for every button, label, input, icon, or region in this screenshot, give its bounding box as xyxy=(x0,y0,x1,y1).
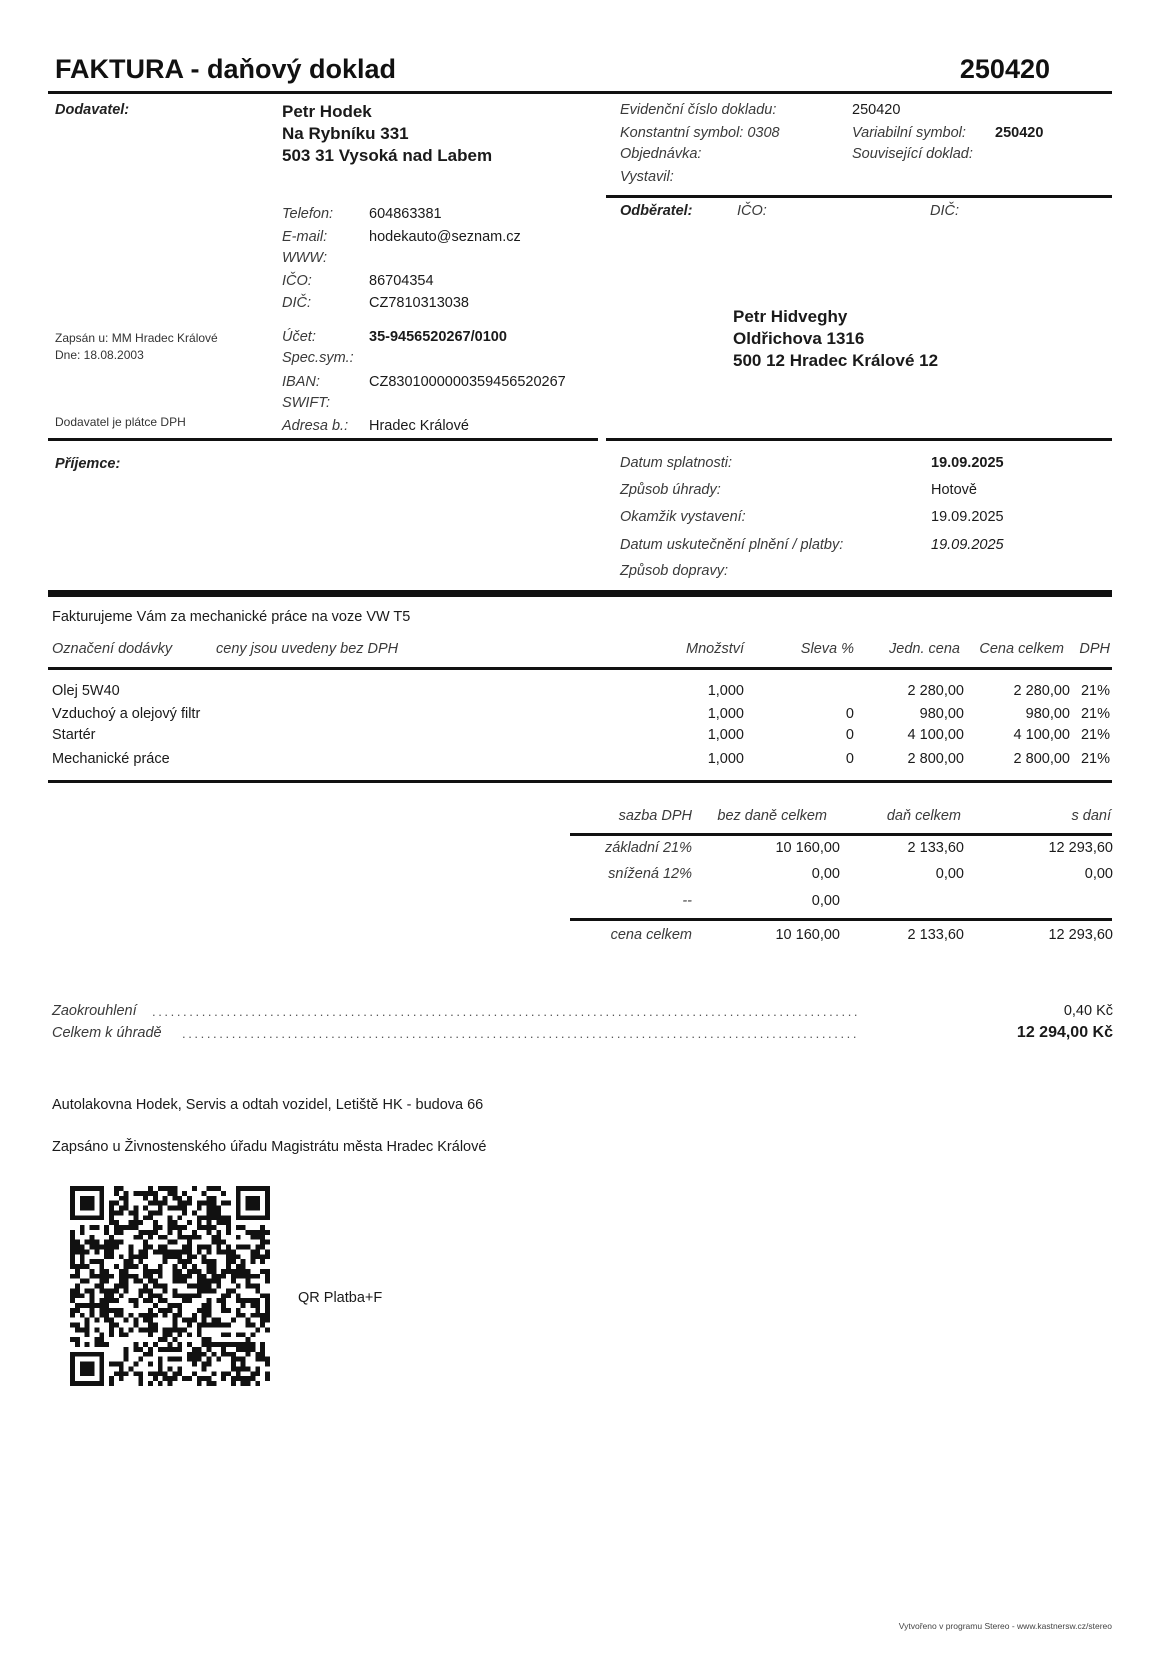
contact-label: Spec.sym.: xyxy=(282,350,354,366)
contact-label: E-mail: xyxy=(282,229,327,245)
item-unit-price: 2 280,00 xyxy=(908,683,964,699)
contact-value: hodekauto@seznam.cz xyxy=(369,229,521,245)
item-discount: 0 xyxy=(846,751,854,767)
evidence-value: 250420 xyxy=(852,102,900,118)
item-name: Vzduchoý a olejový filtr xyxy=(52,706,200,722)
company-note: Autolakovna Hodek, Servis a odtah vozide… xyxy=(52,1097,483,1113)
contact-value: Hradec Králové xyxy=(369,418,469,434)
supplier-registered-at: Zapsán u: MM Hradec Králové xyxy=(55,331,218,345)
vat-tax: 0,00 xyxy=(936,866,964,882)
items-header-divider xyxy=(48,667,1112,670)
recipient-label: Příjemce: xyxy=(55,456,120,472)
date-value: Hotově xyxy=(931,482,977,498)
evidence-label: Evidenční číslo dokladu: xyxy=(620,102,776,118)
item-unit-price: 2 800,00 xyxy=(908,751,964,767)
vat-total-divider xyxy=(570,918,1112,921)
col-header-total: Cena celkem xyxy=(979,641,1064,657)
total-due-dots: ........................................… xyxy=(182,1026,860,1041)
customer-ico-label: IČO: xyxy=(737,203,767,219)
item-vat: 21% xyxy=(1081,683,1110,699)
total-due-value: 12 294,00 Kč xyxy=(1017,1024,1113,1042)
date-label: Způsob úhrady: xyxy=(620,482,721,498)
supplier-street: Na Rybníku 331 xyxy=(282,124,409,144)
date-label: Okamžik vystavení: xyxy=(620,509,746,525)
recipient-divider-right xyxy=(606,438,1112,441)
item-vat: 21% xyxy=(1081,727,1110,743)
vat-gross: 0,00 xyxy=(1085,866,1113,882)
col-header-discount: Sleva % xyxy=(801,641,854,657)
date-label: Způsob dopravy: xyxy=(620,563,728,579)
invoice-number: 250420 xyxy=(960,54,1050,85)
vat-header-gross: s daní xyxy=(1072,808,1112,824)
customer-divider xyxy=(606,195,1112,198)
date-value: 19.09.2025 xyxy=(931,509,1004,525)
vat-total-base: 10 160,00 xyxy=(775,927,840,943)
rounding-value: 0,40 Kč xyxy=(1064,1003,1113,1019)
item-total: 4 100,00 xyxy=(1014,727,1070,743)
vat-header-tax: daň celkem xyxy=(887,808,961,824)
header-divider xyxy=(48,91,1112,94)
item-total: 2 280,00 xyxy=(1014,683,1070,699)
software-credit: Vytvořeno v programu Stereo - www.kastne… xyxy=(899,1621,1112,1631)
item-name: Startér xyxy=(52,727,96,743)
vat-base: 10 160,00 xyxy=(775,840,840,856)
order-label: Objednávka: xyxy=(620,146,701,162)
contact-value: CZ8301000000359456520267 xyxy=(369,374,566,390)
contact-label: Telefon: xyxy=(282,206,333,222)
contact-value: CZ7810313038 xyxy=(369,295,469,311)
contact-label: WWW: xyxy=(282,250,327,266)
supplier-city: 503 31 Vysoká nad Labem xyxy=(282,146,492,166)
contact-label: Účet: xyxy=(282,329,316,345)
vat-header-divider xyxy=(570,833,1112,836)
rounding-dots: ........................................… xyxy=(152,1004,860,1019)
item-qty: 1,000 xyxy=(708,706,744,722)
contact-label: IČO: xyxy=(282,273,312,289)
qr-label: QR Platba+F xyxy=(298,1290,382,1306)
col-header-unit-price: Jedn. cena xyxy=(889,641,960,657)
col-header-name: Označení dodávky xyxy=(52,641,172,657)
item-unit-price: 4 100,00 xyxy=(908,727,964,743)
items-top-divider xyxy=(48,590,1112,597)
item-discount: 0 xyxy=(846,706,854,722)
item-total: 2 800,00 xyxy=(1014,751,1070,767)
item-qty: 1,000 xyxy=(708,683,744,699)
contact-value: 35-9456520267/0100 xyxy=(369,329,507,345)
rounding-label: Zaokrouhlení xyxy=(52,1003,137,1019)
variable-symbol-value: 250420 xyxy=(995,125,1043,141)
item-name: Mechanické práce xyxy=(52,751,170,767)
date-label: Datum splatnosti: xyxy=(620,455,732,471)
document-title: FAKTURA - daňový doklad xyxy=(55,54,396,85)
date-label: Datum uskutečnění plnění / platby: xyxy=(620,537,843,553)
contact-label: IBAN: xyxy=(282,374,320,390)
date-value: 19.09.2025 xyxy=(931,455,1004,471)
variable-symbol-label: Variabilní symbol: xyxy=(852,125,966,141)
item-qty: 1,000 xyxy=(708,727,744,743)
customer-name: Petr Hidveghy xyxy=(733,307,847,327)
customer-label: Odběratel: xyxy=(620,203,693,219)
col-header-note: ceny jsou uvedeny bez DPH xyxy=(216,641,398,657)
col-header-qty: Množství xyxy=(686,641,744,657)
item-vat: 21% xyxy=(1081,706,1110,722)
qr-code xyxy=(70,1186,270,1386)
supplier-label: Dodavatel: xyxy=(55,102,129,118)
customer-dic-label: DIČ: xyxy=(930,203,959,219)
item-discount: 0 xyxy=(846,727,854,743)
vat-base: 0,00 xyxy=(812,866,840,882)
vat-total-rate: cena celkem xyxy=(611,927,692,943)
contact-value: 86704354 xyxy=(369,273,434,289)
vat-base: 0,00 xyxy=(812,893,840,909)
customer-street: Oldřichova 1316 xyxy=(733,329,864,349)
contact-label: Adresa b.: xyxy=(282,418,348,434)
item-qty: 1,000 xyxy=(708,751,744,767)
vat-total-gross: 12 293,60 xyxy=(1048,927,1113,943)
contact-label: SWIFT: xyxy=(282,395,330,411)
supplier-vat-payer: Dodavatel je plátce DPH xyxy=(55,415,186,429)
contact-value: 604863381 xyxy=(369,206,442,222)
item-name: Olej 5W40 xyxy=(52,683,120,699)
items-bottom-divider xyxy=(48,780,1112,783)
vat-total-tax: 2 133,60 xyxy=(908,927,964,943)
vat-tax: 2 133,60 xyxy=(908,840,964,856)
item-total: 980,00 xyxy=(1026,706,1070,722)
customer-city: 500 12 Hradec Králové 12 xyxy=(733,351,938,371)
issued-by-label: Vystavil: xyxy=(620,169,674,185)
item-unit-price: 980,00 xyxy=(920,706,964,722)
item-vat: 21% xyxy=(1081,751,1110,767)
registry-note: Zapsáno u Živnostenského úřadu Magistrát… xyxy=(52,1139,486,1155)
recipient-divider-left xyxy=(48,438,598,441)
vat-rate: základní 21% xyxy=(605,840,692,856)
items-intro: Fakturujeme Vám za mechanické práce na v… xyxy=(52,609,410,625)
supplier-registered-date: Dne: 18.08.2003 xyxy=(55,348,144,362)
vat-rate: snížená 12% xyxy=(608,866,692,882)
constant-symbol: Konstantní symbol: 0308 xyxy=(620,125,780,141)
vat-rate: -- xyxy=(682,893,692,909)
vat-gross: 12 293,60 xyxy=(1048,840,1113,856)
total-due-label: Celkem k úhradě xyxy=(52,1025,162,1041)
contact-label: DIČ: xyxy=(282,295,311,311)
vat-header-rate: sazba DPH xyxy=(619,808,692,824)
related-doc-label: Související doklad: xyxy=(852,146,973,162)
supplier-name: Petr Hodek xyxy=(282,102,372,122)
vat-header-base: bez daně celkem xyxy=(717,808,827,824)
date-value: 19.09.2025 xyxy=(931,537,1004,553)
col-header-vat: DPH xyxy=(1079,641,1110,657)
